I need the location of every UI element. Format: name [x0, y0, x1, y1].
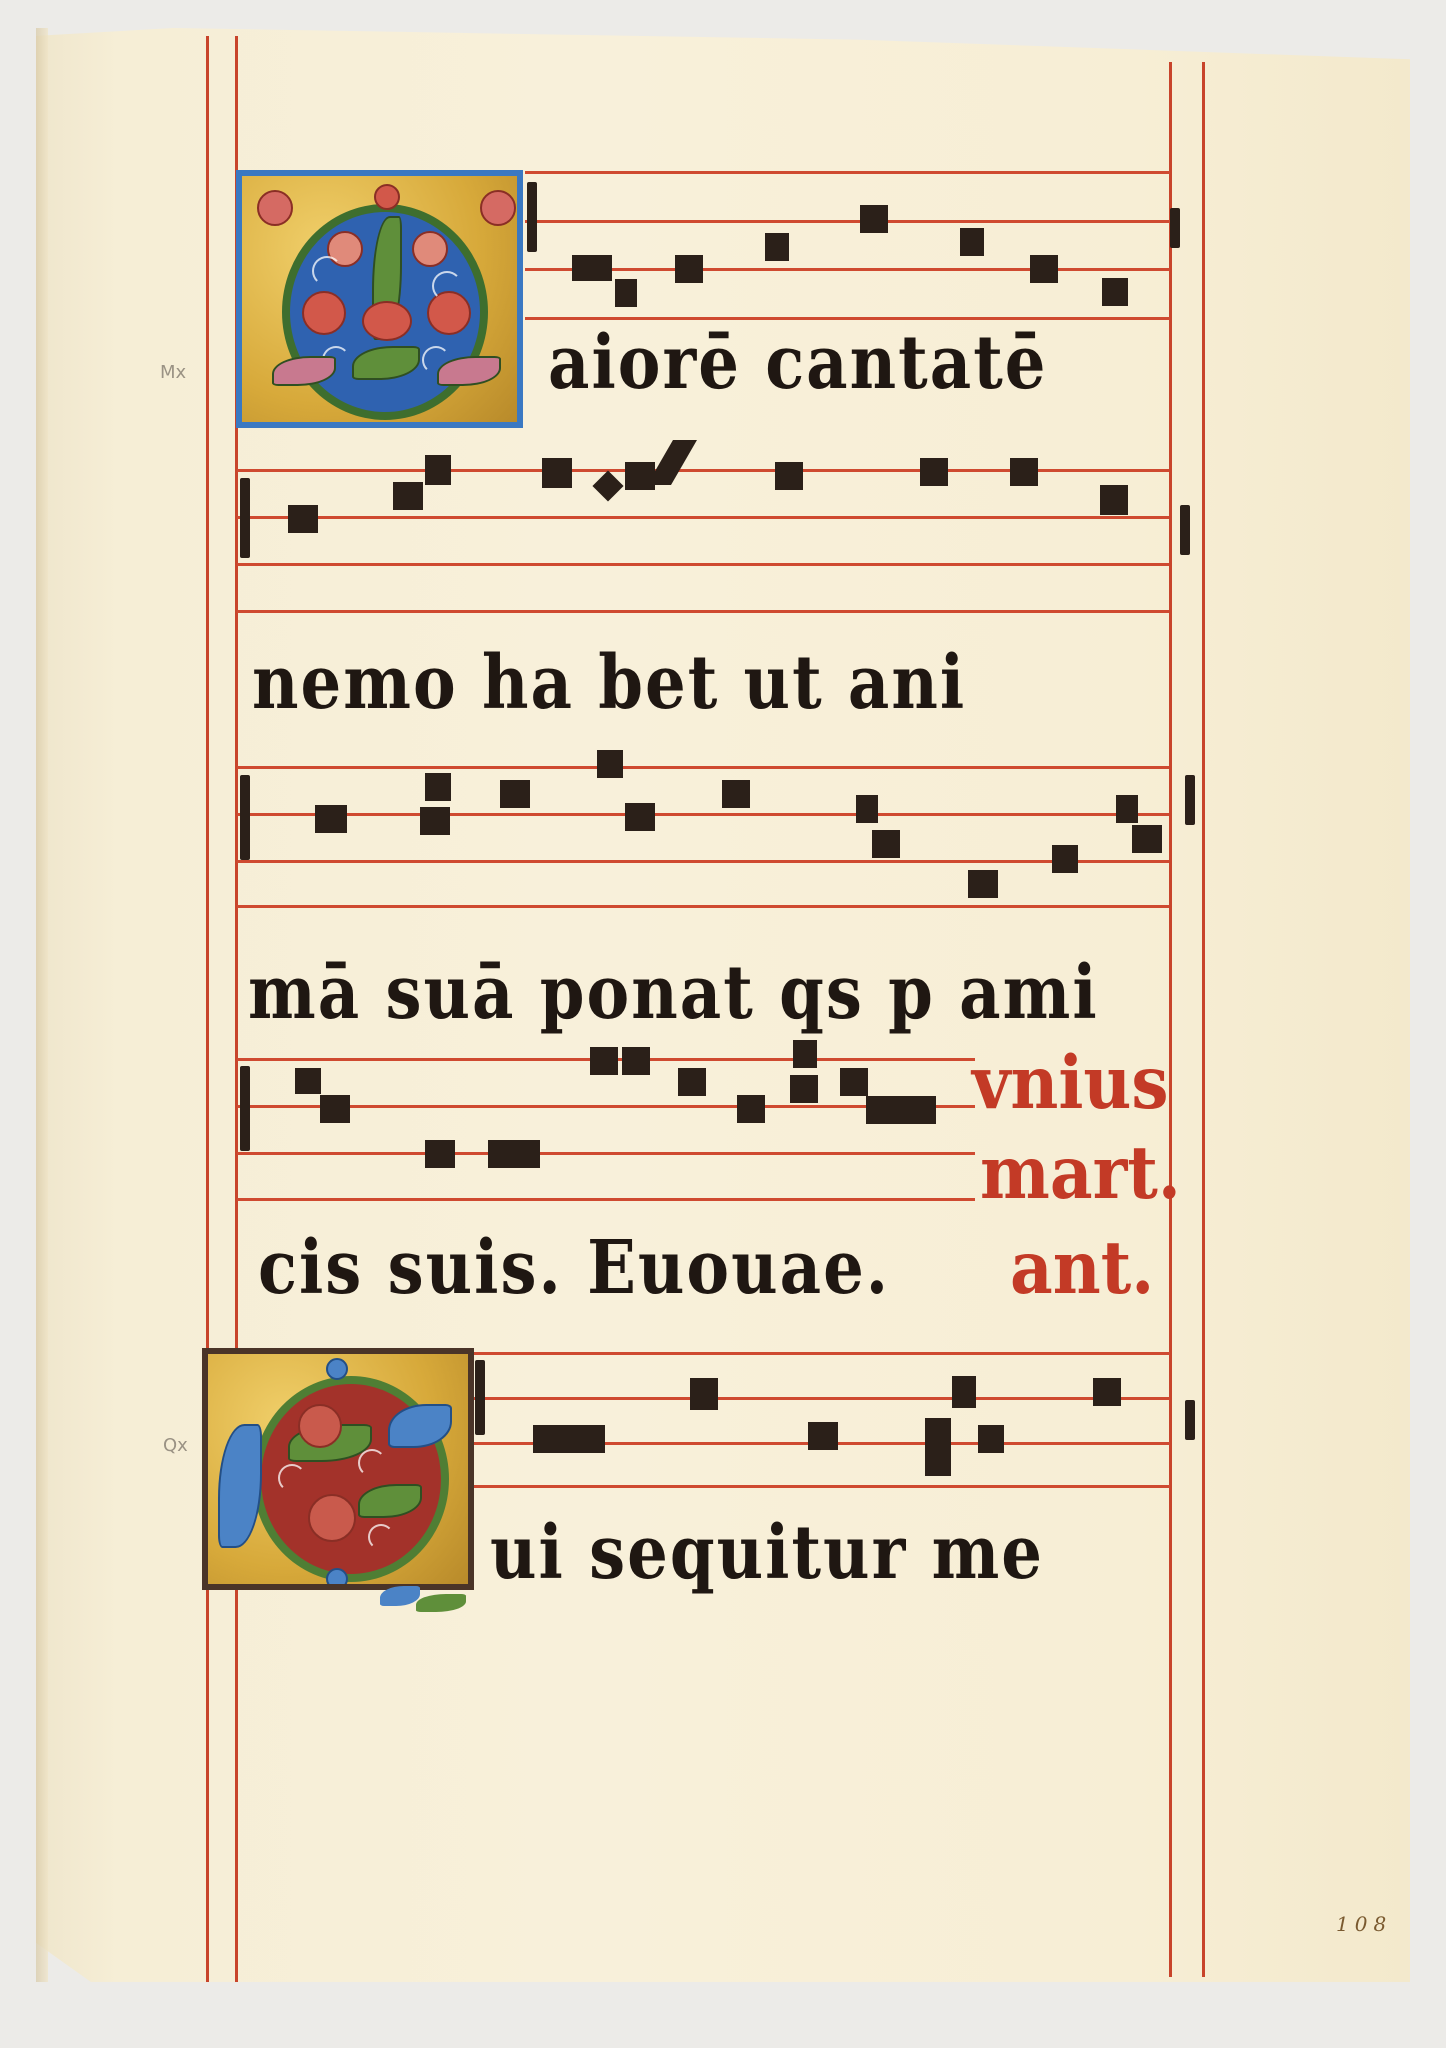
illuminated-initial-M [236, 170, 523, 428]
initial-Q-tail-flourish [380, 1582, 470, 1618]
right-ruling-outer [1202, 62, 1205, 1977]
lyric-line-4: cis suis. Euouae. [258, 1225, 890, 1311]
pencil-mark-mx: Mx [160, 362, 186, 383]
rubric-mart: mart. [980, 1130, 1181, 1216]
page-gutter-edge [36, 28, 48, 1982]
left-ruling-outer [206, 36, 209, 1982]
rubric-vnius: vnius [972, 1040, 1169, 1126]
lyric-line-3: mā suā ponat qs p ami [248, 950, 1099, 1036]
lyric-line-5: ui sequitur me [490, 1510, 1044, 1596]
illuminated-initial-Q [202, 1348, 474, 1590]
lyric-line-1: aiorē cantatē [548, 320, 1047, 406]
right-ruling-inner [1169, 62, 1172, 1977]
rubric-ant: ant. [1010, 1225, 1154, 1311]
folio-number: 108 [1336, 1912, 1392, 1936]
lyric-line-2: nemo ha bet ut ani [252, 640, 966, 726]
pencil-mark-qx: Qx [163, 1435, 188, 1456]
